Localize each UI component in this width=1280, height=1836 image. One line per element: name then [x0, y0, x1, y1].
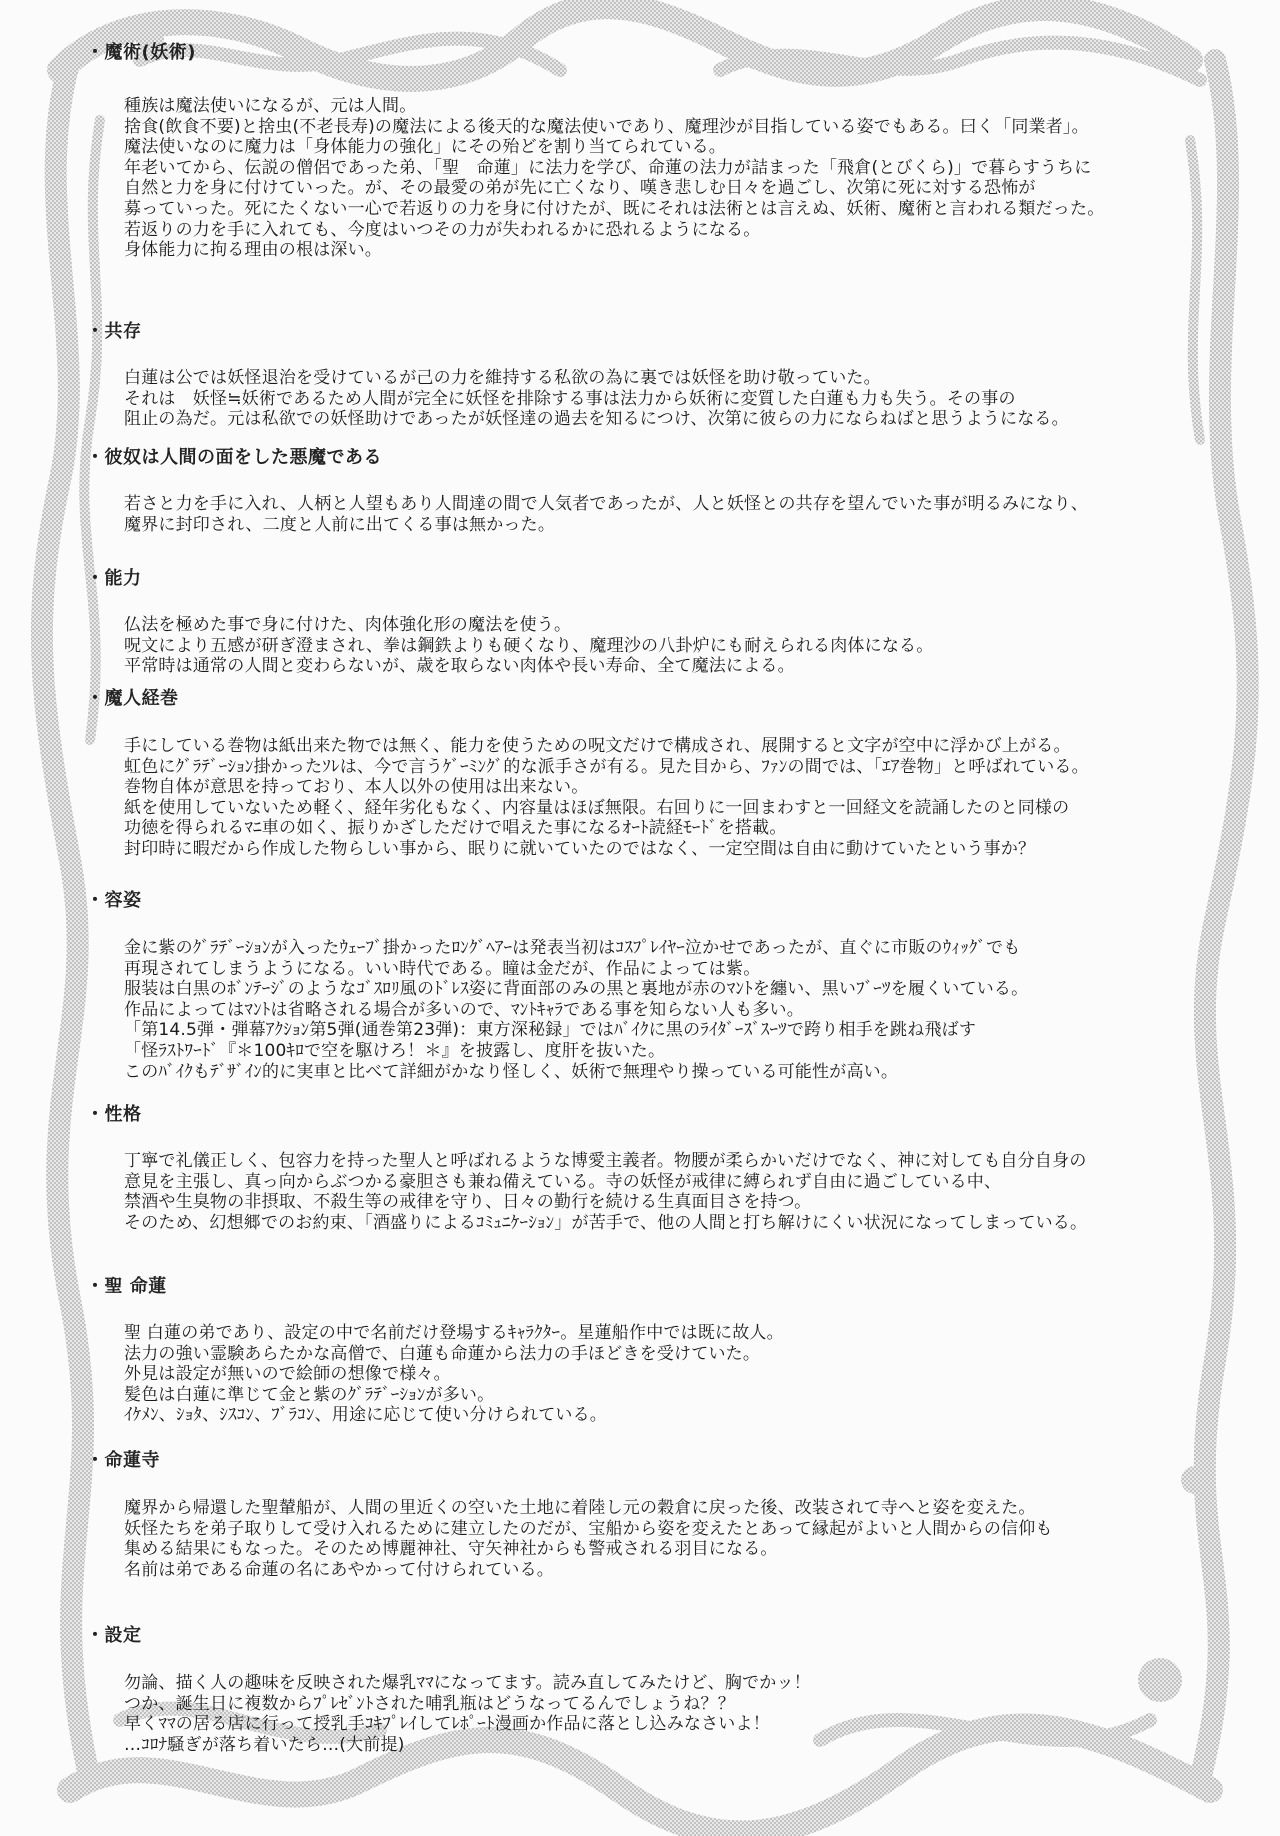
section-appearance: ・容姿 — [86, 890, 1206, 912]
section-myouren-temple: ・命蓮寺 — [86, 1450, 1206, 1472]
section-ability: ・能力 — [86, 568, 1206, 590]
section-heading: ・魔人経巻 — [86, 688, 1206, 710]
text-line: 功徳を得られるﾏﾆ車の如く、振りかざしただけで唱えた事になるｵｰﾄ読経ﾓｰﾄﾞを… — [124, 818, 1089, 839]
text-line: 法力の強い霊験あらたかな高僧で、白蓮も命蓮から法力の手ほどきを受けていた。 — [124, 1344, 784, 1365]
section-body: 勿論、描く人の趣味を反映された爆乳ﾏﾏになってます。読み直してみたけど、胸でかッ… — [124, 1673, 811, 1755]
text-line: 意見を主張し、真っ向からぶつかる豪胆さも兼ね備えている。寺の妖怪が戒律に縛られず… — [124, 1172, 1087, 1193]
section-body: 丁寧で礼儀正しく、包容力を持った聖人と呼ばれるような博愛主義者。物腰が柔らかいだ… — [124, 1151, 1087, 1233]
section-heading: ・設定 — [86, 1625, 1206, 1647]
section-body: 聖 白蓮の弟であり、設定の中で名前だけ登場するｷｬﾗｸﾀｰ。星蓮船作中では既に故… — [124, 1323, 784, 1426]
text-line: ｲｹﾒﾝ、ｼｮﾀ、ｼｽｺﾝ、ﾌﾞﾗｺﾝ、用途に応じて使い分けられている。 — [124, 1405, 784, 1426]
text-line: …ｺﾛﾅ騒ぎが落ち着いたら…(大前提) — [124, 1735, 811, 1756]
text-line: 魔法使いなのに魔力は「身体能力の強化」にその殆どを割り当てられている。 — [124, 137, 1104, 158]
text-line: 仏法を極めた事で身に付けた、肉体強化形の魔法を使う。 — [124, 615, 933, 636]
section-body: 金に紫のｸﾞﾗﾃﾞｰｼｮﾝが入ったｳｪｰﾌﾞ掛かったﾛﾝｸﾞﾍｱｰは発表当初はｺ… — [124, 938, 1028, 1082]
section-heading: ・容姿 — [86, 890, 1206, 912]
text-line: 勿論、描く人の趣味を反映された爆乳ﾏﾏになってます。読み直してみたけど、胸でかッ… — [124, 1673, 811, 1694]
section-heading: ・命蓮寺 — [86, 1450, 1206, 1472]
text-line: 巻物自体が意思を持っており、本人以外の使用は出来ない。 — [124, 777, 1089, 798]
text-line: 種族は魔法使いになるが、元は人間。 — [124, 96, 1104, 117]
text-line: 「怪ﾗｽﾄﾜｰﾄﾞ『＊100ｷﾛで空を駆けろ！＊』を披露し、度肝を抜いた。 — [124, 1041, 1028, 1062]
text-line: 再現されてしまうようになる。いい時代である。瞳は金だが、作品によっては紫。 — [124, 959, 1028, 980]
section-body: 種族は魔法使いになるが、元は人間。 捨食(飲食不要)と捨虫(不老長寿)の魔法によ… — [124, 96, 1104, 261]
section-body: 手にしている巻物は紙出来た物では無く、能力を使うための呪文だけで構成され、展開す… — [124, 736, 1089, 860]
text-line: 名前は弟である命蓮の名にあやかって付けられている。 — [124, 1560, 1053, 1581]
text-line: このﾊﾞｲｸもﾃﾞｻﾞｲﾝ的に実車と比べて詳細がかなり怪しく、妖術で無理やり操っ… — [124, 1062, 1028, 1083]
text-line: 手にしている巻物は紙出来た物では無く、能力を使うための呪文だけで構成され、展開す… — [124, 736, 1089, 757]
text-line: 自然と力を身に付けていった。が、その最愛の弟が先に亡くなり、嘆き悲しむ日々を過ご… — [124, 178, 1104, 199]
section-settings: ・設定 — [86, 1625, 1206, 1647]
section-coexistence: ・共存 — [86, 321, 1206, 343]
text-line: 募っていった。死にたくない一心で若返りの力を身に付けたが、既にそれは法術とは言え… — [124, 199, 1104, 220]
text-line: 「第14.5弾・弾幕ｱｸｼｮﾝ第5弾(通巻第23弾)：東方深秘録」ではﾊﾞｲｸに… — [124, 1020, 1028, 1041]
text-line: 作品によってはﾏﾝﾄは省略される場合が多いので、ﾏﾝﾄｷｬﾗである事を知らない人… — [124, 1000, 1028, 1021]
text-line: 若返りの力を手に入れても、今度はいつその力が失われるかに恐れるようになる。 — [124, 220, 1104, 241]
text-line: 身体能力に拘る理由の根は深い。 — [124, 240, 1104, 261]
text-line: 外見は設定が無いので絵師の想像で様々。 — [124, 1364, 784, 1385]
text-line: 紙を使用していないため軽く、経年劣化もなく、内容量はほぼ無限。右回りに一回まわす… — [124, 798, 1089, 819]
text-line: そのため、幻想郷でのお約束、「酒盛りによるｺﾐｭﾆｹｰｼｮﾝ」が苦手で、他の人間… — [124, 1213, 1087, 1234]
text-line: 丁寧で礼儀正しく、包容力を持った聖人と呼ばれるような博愛主義者。物腰が柔らかいだ… — [124, 1151, 1087, 1172]
text-line: 虹色にｸﾞﾗﾃﾞｰｼｮﾝ掛かったｿﾚは、今で言うｹﾞｰﾐﾝｸﾞ的な派手さが有る。… — [124, 757, 1089, 778]
text-line: 魔界から帰還した聖輦船が、人間の里近くの空いた土地に着陸し元の穀倉に戻った後、改… — [124, 1498, 1053, 1519]
text-line: それは 妖怪≒妖術であるため人間が完全に妖怪を排除する事は法力から妖術に変質した… — [124, 389, 1069, 410]
section-heading: ・聖 命蓮 — [86, 1276, 1206, 1298]
section-heading: ・共存 — [86, 321, 1206, 343]
text-line: 服装は白黒のﾎﾞﾝﾃｰｼﾞのようなｺﾞｽﾛﾘ風のﾄﾞﾚｽ姿に背面部のみの黒と裏地… — [124, 979, 1028, 1000]
section-heading: ・魔術(妖術) — [86, 42, 1206, 64]
text-line: 妖怪たちを弟子取りして受け入れるために建立したのだが、宝船から姿を変えたとあって… — [124, 1519, 1053, 1540]
section-body: 魔界から帰還した聖輦船が、人間の里近くの空いた土地に着陸し元の穀倉に戻った後、改… — [124, 1498, 1053, 1580]
section-devil: ・彼奴は人間の面をした悪魔である — [86, 447, 1206, 469]
text-line: 若さと力を手に入れ、人柄と人望もあり人間達の間で人気者であったが、人と妖怪との共… — [124, 494, 1088, 515]
text-line: 捨食(飲食不要)と捨虫(不老長寿)の魔法による後天的な魔法使いであり、魔理沙が目… — [124, 117, 1104, 138]
section-heading: ・彼奴は人間の面をした悪魔である — [86, 447, 1206, 469]
section-myouren: ・聖 命蓮 — [86, 1276, 1206, 1298]
section-heading: ・能力 — [86, 568, 1206, 590]
section-body: 仏法を極めた事で身に付けた、肉体強化形の魔法を使う。 呪文により五感が研ぎ澄まさ… — [124, 615, 933, 677]
section-body: 白蓮は公では妖怪退治を受けているが己の力を維持する私欲の為に裏では妖怪を助け敬っ… — [124, 368, 1069, 430]
text-line: つか、誕生日に複数からﾌﾟﾚｾﾞﾝﾄされた哺乳瓶はどうなってるんでしょうね？？ — [124, 1694, 811, 1715]
text-line: 金に紫のｸﾞﾗﾃﾞｰｼｮﾝが入ったｳｪｰﾌﾞ掛かったﾛﾝｸﾞﾍｱｰは発表当初はｺ… — [124, 938, 1028, 959]
section-sutra-scroll: ・魔人経巻 — [86, 688, 1206, 710]
section-personality: ・性格 — [86, 1104, 1206, 1126]
section-heading: ・性格 — [86, 1104, 1206, 1126]
section-body: 若さと力を手に入れ、人柄と人望もあり人間達の間で人気者であったが、人と妖怪との共… — [124, 494, 1088, 535]
section-magic: ・魔術(妖術) — [86, 42, 1206, 64]
text-line: 年老いてから、伝説の僧侶であった弟、「聖 命蓮」に法力を学び、命蓮の法力が詰まっ… — [124, 158, 1104, 179]
text-line: 白蓮は公では妖怪退治を受けているが己の力を維持する私欲の為に裏では妖怪を助け敬っ… — [124, 368, 1069, 389]
text-line: 平常時は通常の人間と変わらないが、歳を取らない肉体や長い寿命、全て魔法による。 — [124, 656, 933, 677]
text-line: 髪色は白蓮に準じて金と紫のｸﾞﾗﾃﾞｰｼｮﾝが多い。 — [124, 1385, 784, 1406]
text-line: 聖 白蓮の弟であり、設定の中で名前だけ登場するｷｬﾗｸﾀｰ。星蓮船作中では既に故… — [124, 1323, 784, 1344]
text-line: 呪文により五感が研ぎ澄まされ、拳は鋼鉄よりも硬くなり、魔理沙の八卦炉にも耐えられ… — [124, 636, 933, 657]
text-line: 禁酒や生臭物の非摂取、不殺生等の戒律を守り、日々の勤行を続ける生真面目さを持つ。 — [124, 1192, 1087, 1213]
text-line: 早くﾏﾏの居る店に行って授乳手ｺｷﾌﾟﾚｲしてﾚﾎﾟｰﾄ漫画か作品に落とし込みな… — [124, 1714, 811, 1735]
text-line: 集める結果にもなった。そのため博麗神社、守矢神社からも警戒される羽目になる。 — [124, 1539, 1053, 1560]
text-line: 魔界に封印され、二度と人前に出てくる事は無かった。 — [124, 515, 1088, 536]
text-line: 封印時に暇だから作成した物らしい事から、眠りに就いていたのではなく、一定空間は自… — [124, 839, 1089, 860]
text-line: 阻止の為だ。元は私欲での妖怪助けであったが妖怪達の過去を知るにつけ、次第に彼らの… — [124, 409, 1069, 430]
